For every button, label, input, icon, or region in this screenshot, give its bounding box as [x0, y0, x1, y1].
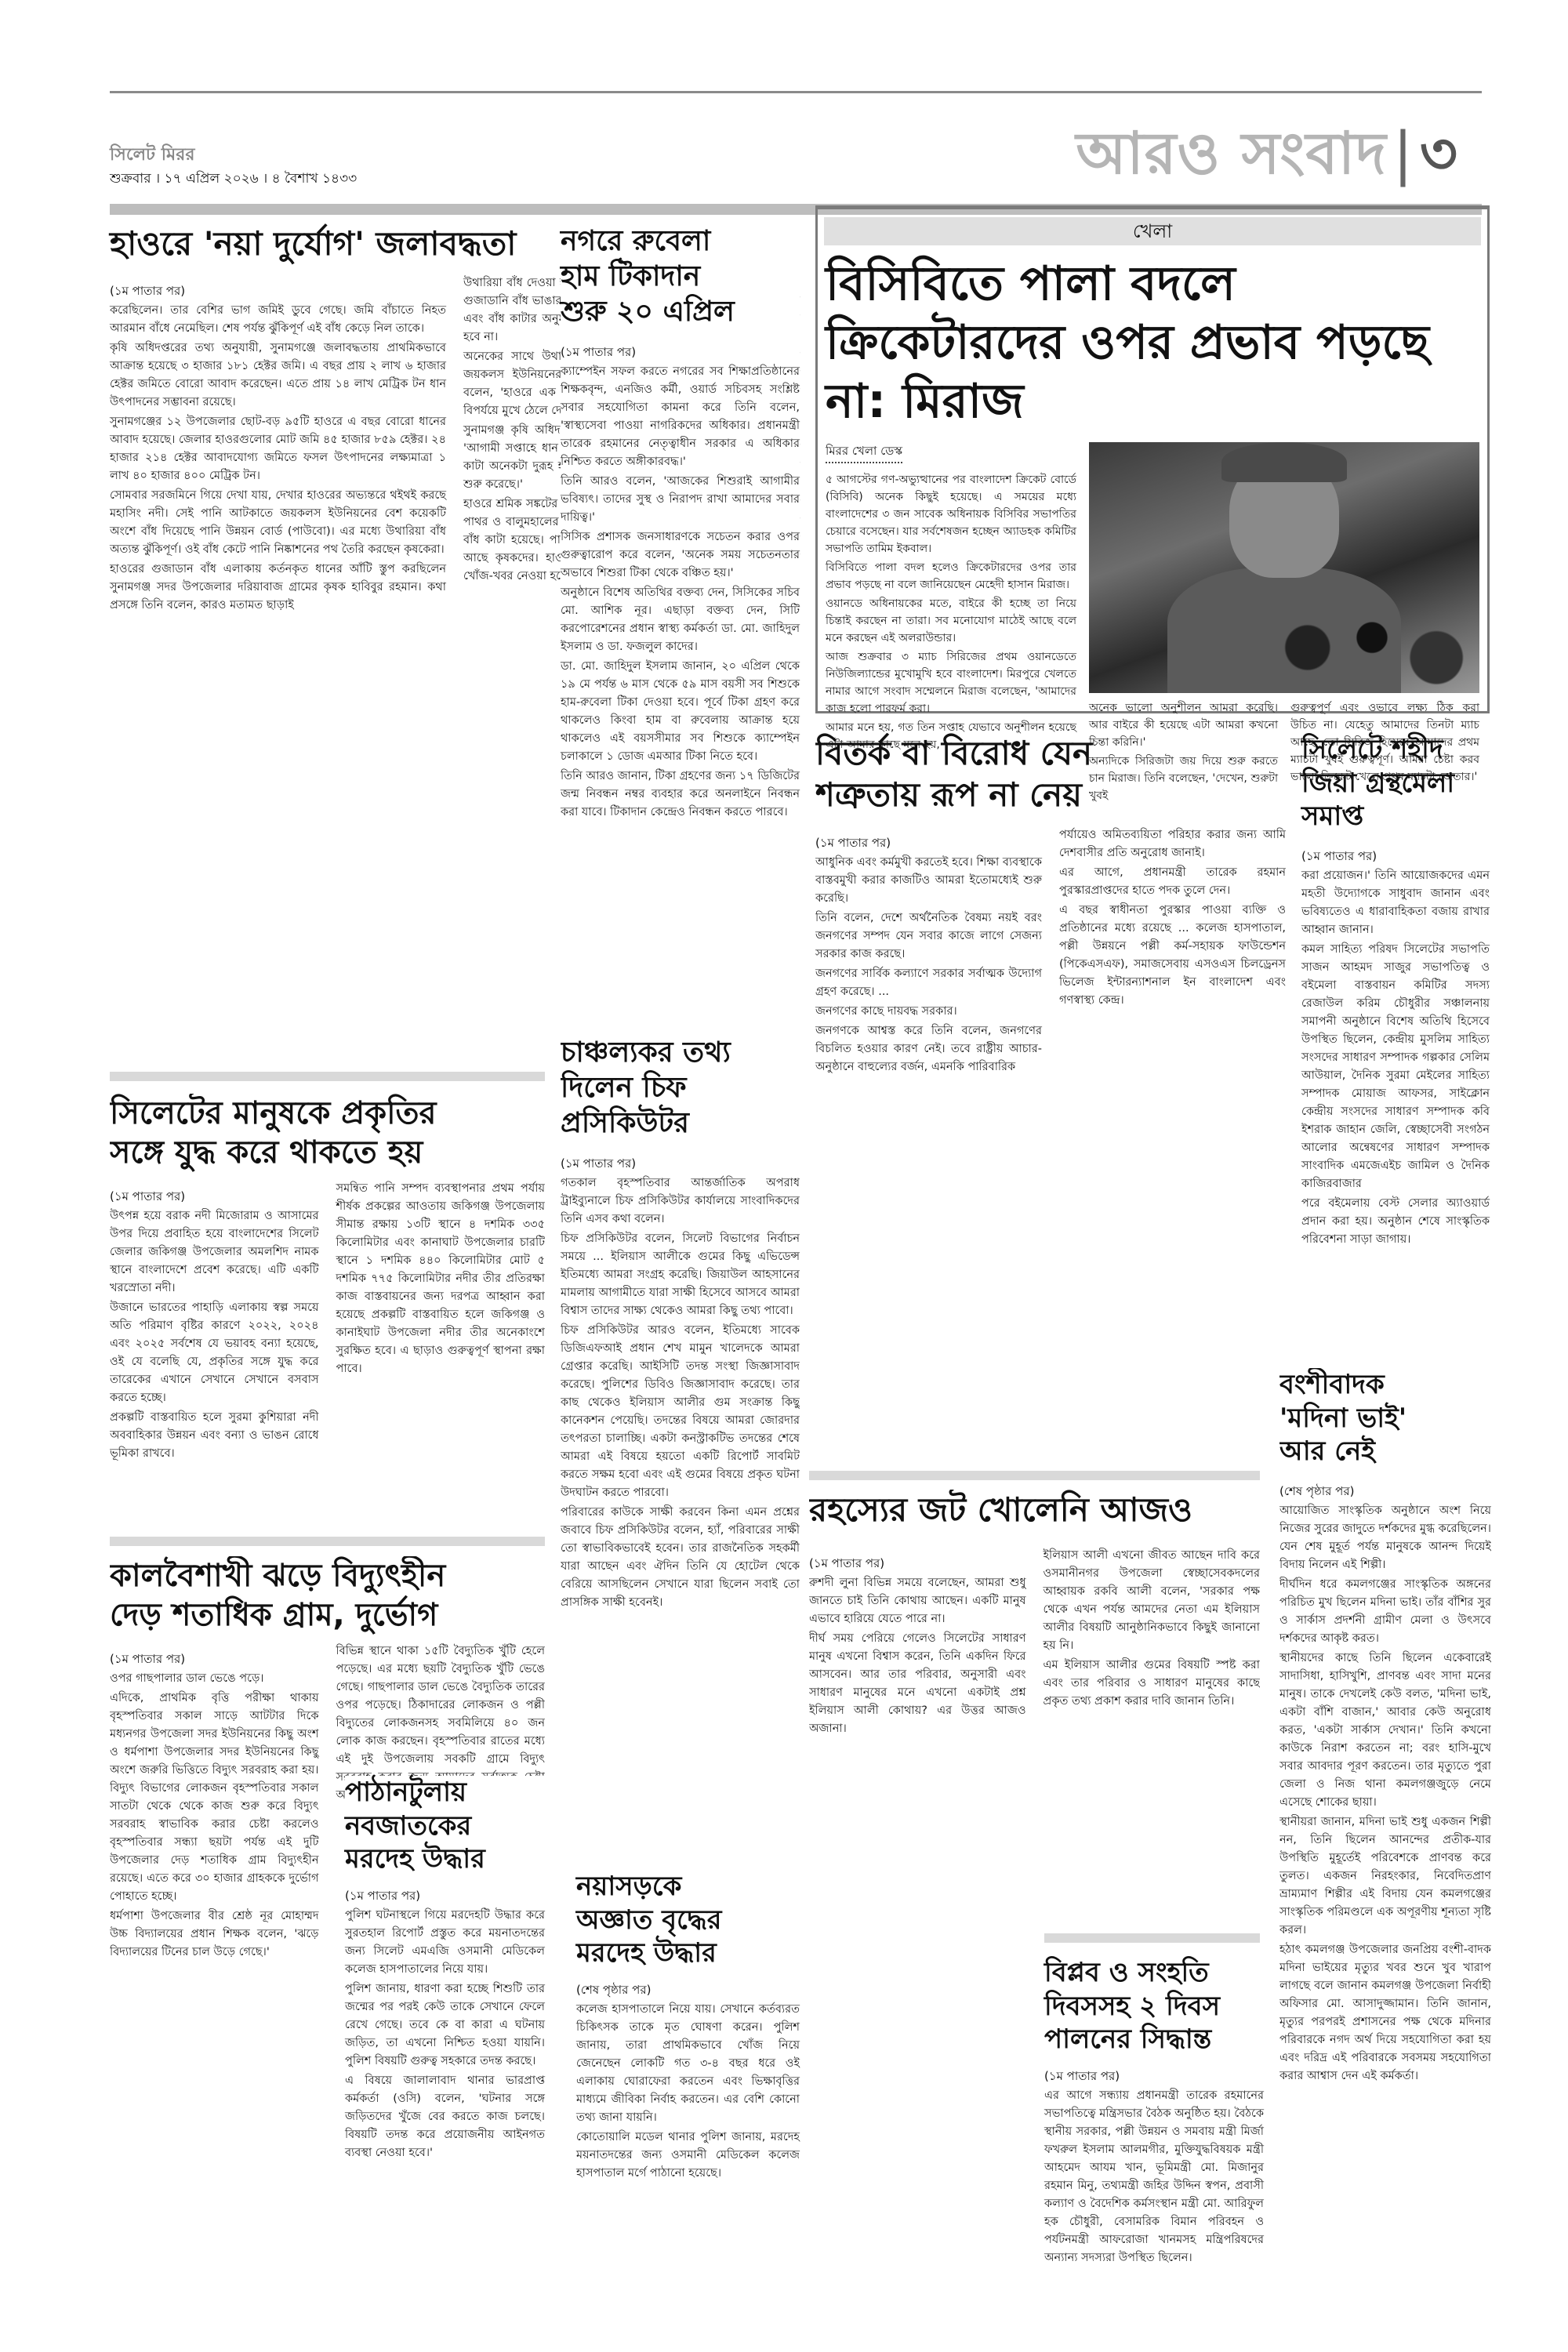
- paragraph: সমন্বিত পানি সম্পদ ব্যবস্থাপনার প্রথম পর…: [336, 1180, 546, 1378]
- headline-line: দেড় শতাধিক গ্রাম, দুর্ভোগ: [110, 1595, 545, 1635]
- article-bitorko: বিতর্ক বা বিরোধ যেন শত্রুতায় রূপ না নেয…: [815, 733, 1286, 1376]
- paragraph: স্থানীয়রা জানান, মদিনা ভাই শুধু একজন শি…: [1279, 1813, 1491, 1940]
- paragraph: কমল সাহিত্য পরিষদ সিলেটের সভাপতি সাজন আহ…: [1301, 941, 1490, 1193]
- headline-line: হাম টিকাদান: [561, 259, 800, 294]
- section-divider: [809, 1471, 1260, 1480]
- column-2: পর্যায়েও অমিতব্যয়িতা পরিহার করার জন্য …: [1059, 826, 1286, 1078]
- headline-line: শত্রুতায় রূপ না নেয়: [815, 775, 1286, 816]
- headline: বংশীবাদক 'মদিনা ভাই' আর নেই: [1279, 1368, 1491, 1468]
- sports-tag: খেলা: [824, 217, 1481, 245]
- headline: বিপ্লব ও সংহতি দিবসসহ ২ দিবস পালনের সিদ্…: [1044, 1956, 1264, 2056]
- headline: নগরে রুবেলা হাম টিকাদান শুরু ২০ এপ্রিল: [561, 223, 800, 329]
- paragraph: দীর্ঘদিন ধরে কমলগঞ্জের সাংস্কৃতিক অঙ্গনে…: [1279, 1576, 1491, 1648]
- article-pathantula: পাঠানটুলায় নবজাতকের মরদেহ উদ্ধার (১ম পা…: [345, 1776, 545, 2164]
- paragraph: ডা. মো. জাহিদুল ইসলাম জানান, ২০ এপ্রিল থ…: [561, 658, 800, 766]
- paragraph: ইলিয়াস আলী এখনো জীবত আছেন দাবি করে ওসমা…: [1044, 1547, 1261, 1655]
- headline-line: মরদেহ উদ্ধার: [576, 1936, 800, 1970]
- kicker: (১ম পাতার পর): [815, 834, 1042, 852]
- paragraph: স্থানীয়দের কাছে তিনি ছিলেন একেবারেই সাদ…: [1279, 1650, 1491, 1812]
- headline-line: বংশীবাদক: [1279, 1368, 1491, 1402]
- headline-line: পালনের সিদ্ধান্ত: [1044, 2023, 1264, 2056]
- headline: চাঞ্চল্যকর তথ্য দিলেন চিফ প্রসিকিউটর: [561, 1035, 800, 1141]
- paragraph: অনুষ্ঠানে বিশেষ অতিথির বক্তব্য দেন, সিসি…: [561, 584, 800, 656]
- column-1: (১ম পাতার পর) আধুনিক এবং কর্মমুখী করতেই …: [815, 826, 1042, 1078]
- kicker: (১ম পাতার পর): [561, 1155, 800, 1173]
- photo-cap: [1221, 442, 1346, 482]
- page-number: ৩: [1420, 120, 1458, 187]
- divider: |: [1393, 120, 1414, 187]
- headline-line: কালবৈশাখী ঝড়ে বিদ্যুৎহীন: [110, 1556, 545, 1595]
- paragraph: সুনামগঞ্জের ১২ উপজেলার ছোট-বড় ৯৫টি হাওর…: [110, 413, 446, 485]
- press-conference-photo: [1089, 442, 1479, 693]
- kicker: (১ম পাতার পর): [110, 1650, 319, 1668]
- paragraph: জনগণের কাছে দায়বদ্ধ সরকার।: [815, 1003, 1042, 1021]
- column-2: সমন্বিত পানি সম্পদ ব্যবস্থাপনার প্রথম পর…: [336, 1180, 546, 1465]
- paragraph: গতকাল বৃহস্পতিবার আন্তর্জাতিক অপরাধ ট্রা…: [561, 1174, 800, 1229]
- headline-line: মরদেহ উদ্ধার: [345, 1842, 545, 1876]
- paragraph: কোতোয়ালি মডেল থানার পুলিশ জানায়, মরদেহ…: [576, 2129, 800, 2183]
- paragraph: কৃষি অধিদপ্তরের তথ্য অনুযায়ী, সুনামগঞ্জ…: [110, 339, 446, 412]
- top-rule: [110, 91, 1482, 93]
- column-2: ইলিয়াস আলী এখনো জীবত আছেন দাবি করে ওসমা…: [1044, 1547, 1261, 1740]
- paragraph: চিফ প্রসিকিউটর বলেন, সিলেট বিভাগের নির্ব…: [561, 1230, 800, 1320]
- headline-line: নয়াসড়কে: [576, 1870, 800, 1904]
- section-name: আরও সংবাদ: [1076, 120, 1387, 187]
- paragraph: ওয়ানডে অধিনায়কের মতে, বাইরে কী হচ্ছে ত…: [826, 595, 1076, 647]
- sports-box: খেলা বিসিবিতে পালা বদলে ক্রিকেটারদের ওপর…: [815, 205, 1490, 713]
- article-chancholyokor: চাঞ্চল্যকর তথ্য দিলেন চিফ প্রসিকিউটর (১ম…: [561, 1035, 800, 1866]
- headline-line: সিলেটে শহীদ: [1301, 733, 1490, 767]
- article-sylhet-nature: সিলেটের মানুষকে প্রকৃতির সঙ্গে যুদ্ধ করে…: [110, 1094, 545, 1517]
- column-1: (১ম পাতার পর) ওপর গাছপালার ডাল ভেঙে পড়ে…: [110, 1642, 319, 1963]
- paragraph: দীর্ঘ সময় পেরিয়ে গেলেও সিলেটের সাধারণ …: [809, 1630, 1026, 1738]
- kicker: (শেষ পৃষ্ঠার পর): [1279, 1483, 1491, 1501]
- article-rohossho: রহস্যের জট খোলেনি আজও (১ম পাতার পর) রুশদ…: [809, 1490, 1260, 1905]
- paragraph: আজ শুক্রবার ৩ ম্যাচ সিরিজের প্রথম ওয়ানড…: [826, 648, 1076, 717]
- headline-line: সমাপ্ত: [1301, 800, 1490, 833]
- paragraph: ধর্মপাশা উপজেলার বীর শ্রেষ্ঠ নূর মোহাম্ম…: [110, 1907, 319, 1962]
- paragraph: প্রকল্পটি বাস্তবায়িত হলে সুরমা কুশিয়ার…: [110, 1409, 319, 1463]
- article-noyasorok: নয়াসড়কে অজ্ঞাত বৃদ্ধের মরদেহ উদ্ধার (শ…: [576, 1870, 800, 2184]
- kicker: (১ম পাতার পর): [110, 282, 446, 300]
- headline-line: দিলেন চিফ: [561, 1070, 800, 1105]
- headline-line: প্রসিকিউটর: [561, 1105, 800, 1141]
- kicker: (১ম পাতার পর): [561, 343, 800, 361]
- headline: সিলেটের মানুষকে প্রকৃতির সঙ্গে যুদ্ধ করে…: [110, 1094, 545, 1172]
- kicker: (১ম পাতার পর): [110, 1188, 319, 1206]
- headline-line: দিবসসহ ২ দিবস: [1044, 1990, 1264, 2024]
- column-1: (১ম পাতার পর) উৎপন্ন হয়ে বরাক নদী মিজোর…: [110, 1180, 319, 1465]
- paragraph: ওপর গাছপালার ডাল ভেঙে পড়ে।: [110, 1670, 319, 1688]
- headline-line: জিয়া গ্রন্থমেলা: [1301, 767, 1490, 800]
- headline-line: আর নেই: [1279, 1435, 1491, 1468]
- headline-line: চাঞ্চল্যকর তথ্য: [561, 1035, 800, 1070]
- headline-line: বিতর্ক বা বিরোধ যেন: [815, 733, 1286, 775]
- paragraph: পুলিশ ঘটনাস্থলে গিয়ে মরদেহটি উদ্ধার করে…: [345, 1907, 545, 1979]
- kicker: (শেষ পৃষ্ঠার পর): [576, 1981, 800, 1999]
- kicker: (১ম পাতার পর): [345, 1887, 545, 1905]
- headline-line: 'মদিনা ভাই': [1279, 1402, 1491, 1436]
- paragraph: জনগণকে আশ্বস্ত করে তিনি বলেন, জনগণের বিচ…: [815, 1022, 1042, 1076]
- kicker: (১ম পাতার পর): [809, 1555, 1026, 1573]
- paragraph: বিসিবিতে পালা বদল হলেও ক্রিকেটারদের ওপর …: [826, 559, 1076, 593]
- headline: বিতর্ক বা বিরোধ যেন শত্রুতায় রূপ না নেয…: [815, 733, 1286, 815]
- paragraph: পর্যায়েও অমিতব্যয়িতা পরিহার করার জন্য …: [1059, 826, 1286, 862]
- headline-line: শুরু ২০ এপ্রিল: [561, 294, 800, 329]
- headline: সিলেটে শহীদ জিয়া গ্রন্থমেলা সমাপ্ত: [1301, 733, 1490, 833]
- paragraph: ৫ আগস্টের গণ-অভ্যুত্থানের পর বাংলাদেশ ক্…: [826, 471, 1076, 557]
- section-divider: [110, 1072, 545, 1081]
- headline-line: সিলেটের মানুষকে প্রকৃতির: [110, 1094, 545, 1133]
- paragraph: কলেজ হাসপাতালে নিয়ে যায়। সেখানে কর্তব্…: [576, 2001, 800, 2127]
- paragraph: রুশদী লুনা বিভিন্ন সময়ে বলেছেন, আমরা শু…: [809, 1574, 1026, 1628]
- paragraph: এ বিষয়ে জালালাবাদ থানার ভারপ্রাপ্ত কর্ম…: [345, 2072, 545, 2162]
- paragraph: এদিকে, প্রাথমিক বৃত্তি পরীক্ষা থাকায় বৃ…: [110, 1690, 319, 1906]
- headline: রহস্যের জট খোলেনি আজও: [809, 1490, 1260, 1531]
- paragraph: উৎপন্ন হয়ে বরাক নদী মিজোরাম ও আসামের উপ…: [110, 1207, 319, 1298]
- headline-line: নবজাতকের: [345, 1809, 545, 1843]
- paragraph: তিনি আরও বলেন, 'আজকের শিশুরাই আগামীর ভবি…: [561, 473, 800, 527]
- paragraph: পরে বইমেলায় বেস্ট সেলার অ্যাওয়ার্ড প্র…: [1301, 1195, 1490, 1249]
- paragraph: হাওরের গুজাডান বাঁধ এলাকায় কর্তনকৃত ধান…: [110, 561, 446, 615]
- headline: পাঠানটুলায় নবজাতকের মরদেহ উদ্ধার: [345, 1776, 545, 1876]
- paragraph: পরিবারের কাউকে সাক্ষী করবেন কিনা এমন প্র…: [561, 1504, 800, 1612]
- section-divider: [110, 1537, 545, 1546]
- paper-name: সিলেট মিরর: [110, 141, 194, 170]
- paragraph: এম ইলিয়াস আলীর গুমের বিষয়টি স্পষ্ট করা…: [1044, 1657, 1261, 1711]
- paragraph: করা প্রয়োজন।' তিনি আয়োজকদের এমন মহতী উ…: [1301, 867, 1490, 939]
- kicker: (১ম পাতার পর): [1301, 848, 1490, 866]
- paragraph: এ বছর স্বাধীনতা পুরস্কার পাওয়া ব্যক্তি …: [1059, 902, 1286, 1010]
- headline-line: সঙ্গে যুদ্ধ করে থাকতে হয়: [110, 1133, 545, 1172]
- paragraph: পুলিশ জানায়, ধারণা করা হচ্ছে শিশুটি তার…: [345, 1980, 545, 2071]
- paragraph: এর আগে, প্রধানমন্ত্রী তারেক রহমান পুরস্ক…: [1059, 864, 1286, 900]
- column-1: (১ম পাতার পর) করেছিলেন। তার বেশির ভাগ জম…: [110, 274, 446, 616]
- paragraph: ক্যাম্পেইন সফল করতে নগরের সব শিক্ষাপ্রতি…: [561, 363, 800, 471]
- article-granthamela: সিলেটে শহীদ জিয়া গ্রন্থমেলা সমাপ্ত (১ম …: [1301, 733, 1490, 1250]
- paragraph: আয়োজিত সাংস্কৃতিক অনুষ্ঠানে অংশ নিয়ে ন…: [1279, 1502, 1491, 1574]
- sports-headline: বিসিবিতে পালা বদলে ক্রিকেটারদের ওপর প্রভ…: [826, 255, 1479, 431]
- paragraph: সিসিক প্রশাসক জনসাধারণকে সচেতন করার ওপর …: [561, 528, 800, 583]
- paragraph: তিনি বলেন, দেশে অর্থনৈতিক বৈষম্য নয়ই বর…: [815, 909, 1042, 964]
- headline-line: বিপ্লব ও সংহতি: [1044, 1956, 1264, 1990]
- paragraph: তিনি আরও জানান, টিকা গ্রহণের জন্য ১৭ ডিজ…: [561, 768, 800, 822]
- paragraph: উজানে ভারতের পাহাড়ি এলাকায় স্বল্প সময়…: [110, 1299, 319, 1407]
- paragraph: এর আগে সন্ধ্যায় প্রধানমন্ত্রী তারেক রহম…: [1044, 2087, 1264, 2267]
- column-1: (১ম পাতার পর) রুশদী লুনা বিভিন্ন সময়ে ব…: [809, 1547, 1026, 1740]
- paragraph: করেছিলেন। তার বেশির ভাগ জমিই ডুবে গেছে। …: [110, 302, 446, 338]
- section-title: আরও সংবাদ|৩: [1076, 110, 1458, 206]
- article-ham-rubella: নগরে রুবেলা হাম টিকাদান শুরু ২০ এপ্রিল (…: [561, 223, 800, 823]
- kicker: (১ম পাতার পর): [1044, 2067, 1264, 2085]
- paragraph: জনগণের সার্বিক কল্যাণে সরকার সর্বাত্মক উ…: [815, 965, 1042, 1001]
- headline: কালবৈশাখী ঝড়ে বিদ্যুৎহীন দেড় শতাধিক গ্…: [110, 1556, 545, 1635]
- paragraph: আধুনিক এবং কর্মমুখী করতেই হবে। শিক্ষা ব্…: [815, 854, 1042, 908]
- headline-line: নগরে রুবেলা: [561, 223, 800, 259]
- article-madina-bhai: বংশীবাদক 'মদিনা ভাই' আর নেই (শেষ পৃষ্ঠার…: [1279, 1368, 1491, 2230]
- article-biplob: বিপ্লব ও সংহতি দিবসসহ ২ দিবস পালনের সিদ্…: [1044, 1956, 1264, 2269]
- section-divider: [1044, 1933, 1260, 1943]
- paragraph: সোমবার সরজমিনে গিয়ে দেখা যায়, দেখার হা…: [110, 487, 446, 559]
- microphones-icon: [1265, 597, 1479, 693]
- date-line: শুক্রবার । ১৭ এপ্রিল ২০২৬ । ৪ বৈশাখ ১৪৩৩: [110, 169, 357, 191]
- headline-line: অজ্ঞাত বৃদ্ধের: [576, 1904, 800, 1937]
- paragraph: চিফ প্রসিকিউটর আরও বলেন, ইতিমধ্যে সাবেক …: [561, 1322, 800, 1502]
- headline-line: পাঠানটুলায়: [345, 1776, 545, 1809]
- paragraph: হঠাৎ কমলগঞ্জ উপজেলার জনপ্রিয় বংশী-বাদক …: [1279, 1941, 1491, 2085]
- byline: মিরর খেলা ডেস্ক: [826, 442, 902, 463]
- headline: নয়াসড়কে অজ্ঞাত বৃদ্ধের মরদেহ উদ্ধার: [576, 1870, 800, 1970]
